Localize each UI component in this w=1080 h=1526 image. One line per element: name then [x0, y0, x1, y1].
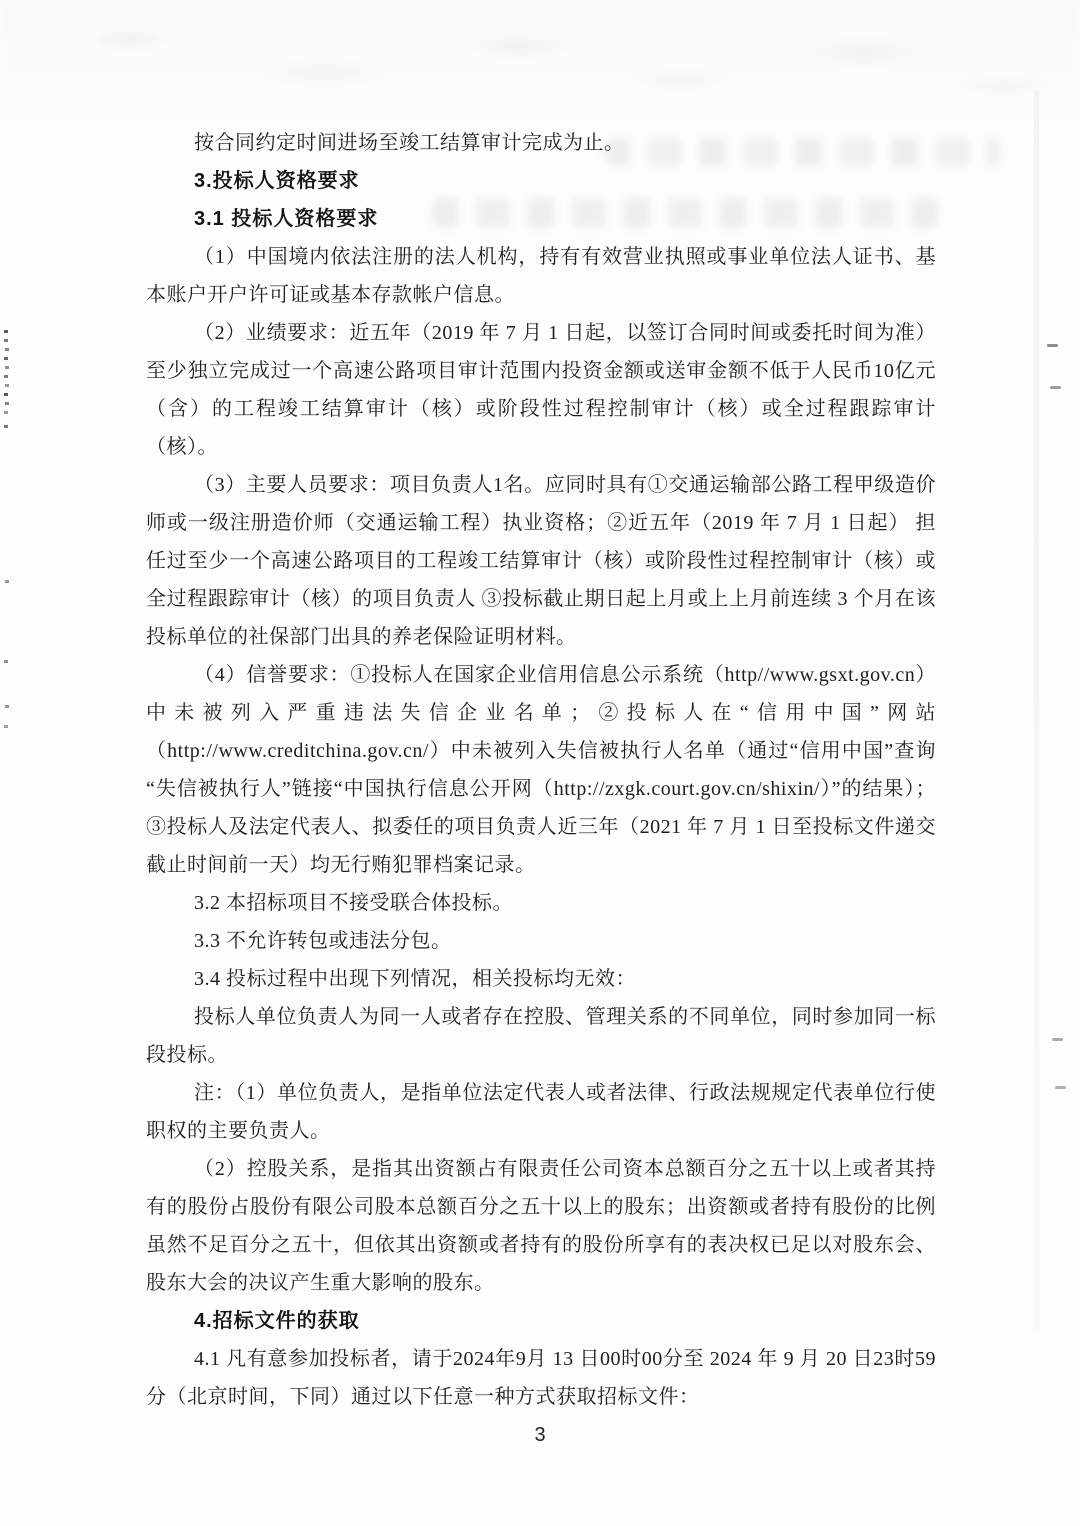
paragraph: （2）业绩要求：近五年（2019 年 7 月 1 日起，以签订合同时间或委托时间… — [146, 314, 936, 466]
paragraph: （3）主要人员要求：项目负责人1名。应同时具有①交通运输部公路工程甲级造价师或一… — [146, 466, 936, 656]
scan-right-edge-streak — [1034, 90, 1039, 1330]
scan-bleedthrough-band — [0, 0, 1080, 132]
scan-right-edge-marks — [1047, 344, 1058, 347]
section-heading: 3.1 投标人资格要求 — [146, 200, 936, 238]
scan-left-edge-marks — [4, 330, 8, 333]
document-body: 按合同约定时间进场至竣工结算审计完成为止。3.投标人资格要求3.1 投标人资格要… — [146, 124, 936, 1416]
section-heading: 4.招标文件的获取 — [146, 1302, 936, 1340]
section-heading: 3.投标人资格要求 — [146, 162, 936, 200]
page-number: 3 — [0, 1424, 1080, 1447]
paragraph: 投标人单位负责人为同一人或者存在控股、管理关系的不同单位，同时参加同一标段投标。 — [146, 998, 936, 1074]
paragraph: 4.1 凡有意参加投标者，请于2024年9月 13 日00时00分至 2024 … — [146, 1340, 936, 1416]
paragraph: 注：（1）单位负责人，是指单位法定代表人或者法律、行政法规规定代表单位行使职权的… — [146, 1074, 936, 1150]
paragraph: （1）中国境内依法注册的法人机构，持有有效营业执照或事业单位法人证书、基本账户开… — [146, 238, 936, 314]
document-page: 按合同约定时间进场至竣工结算审计完成为止。3.投标人资格要求3.1 投标人资格要… — [0, 0, 1080, 1526]
paragraph: 3.3 不允许转包或违法分包。 — [146, 922, 936, 960]
paragraph: （2）控股关系，是指其出资额占有限责任公司资本总额百分之五十以上或者其持有的股份… — [146, 1150, 936, 1302]
paragraph: 按合同约定时间进场至竣工结算审计完成为止。 — [146, 124, 936, 162]
paragraph: 3.4 投标过程中出现下列情况，相关投标均无效： — [146, 960, 936, 998]
paragraph: 3.2 本招标项目不接受联合体投标。 — [146, 884, 936, 922]
paragraph: （4）信誉要求：①投标人在国家企业信用信息公示系统（http//www.gsxt… — [146, 656, 936, 884]
